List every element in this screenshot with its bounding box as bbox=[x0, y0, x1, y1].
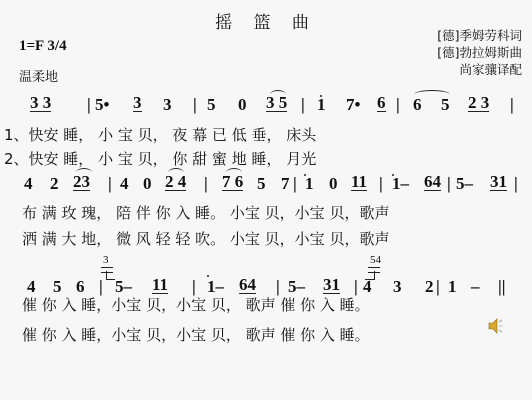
note: 0 bbox=[329, 174, 338, 194]
slur-mark bbox=[414, 90, 450, 99]
grace-stem bbox=[365, 271, 375, 280]
note: 7• bbox=[346, 95, 360, 115]
barline: | bbox=[396, 95, 400, 115]
note: 3 3 bbox=[30, 95, 51, 112]
barline: | bbox=[204, 174, 208, 194]
note: 5 bbox=[207, 95, 216, 115]
key-signature: 1=F 3/4 bbox=[19, 38, 67, 55]
note: 3 bbox=[393, 277, 402, 297]
note: 3 bbox=[163, 95, 172, 115]
verse-1-line-1: 1、快安 睡， 小 宝 贝， 夜 幕 已 低 垂， 床头 bbox=[4, 124, 316, 145]
grace-stem bbox=[106, 271, 115, 280]
barline: | bbox=[379, 174, 383, 194]
note: 0 bbox=[238, 95, 247, 115]
note: 1– bbox=[392, 174, 409, 194]
barline: | bbox=[87, 95, 91, 115]
note: 4 bbox=[120, 174, 129, 194]
barline: | bbox=[510, 95, 514, 115]
composer-credit: [德]勃拉姆斯曲 bbox=[437, 44, 522, 61]
note: 64 bbox=[424, 174, 441, 191]
credits: [德]季姆劳科词 [德]勃拉姆斯曲 尚家骧译配 bbox=[437, 27, 522, 78]
note: 1 bbox=[448, 277, 457, 297]
note: – bbox=[471, 277, 480, 297]
note: 1 bbox=[305, 174, 314, 194]
note: 4 bbox=[24, 174, 33, 194]
note: 3 bbox=[133, 95, 142, 112]
verse-2-line-2: 洒 满 大 地， 微 风 轻 轻 吹。 小宝 贝，小宝 贝，歌声 bbox=[22, 228, 389, 249]
note: 5• bbox=[95, 95, 109, 115]
verse-2-line-1: 2、快安 睡， 小 宝 贝， 你 甜 蜜 地 睡， 月光 bbox=[4, 148, 316, 169]
slur-mark bbox=[168, 168, 184, 177]
note: 7 bbox=[281, 174, 290, 194]
translator-credit: 尚家骧译配 bbox=[437, 61, 522, 78]
high-octave-dot bbox=[304, 174, 306, 176]
note: 2 3 bbox=[468, 95, 489, 112]
barline: | bbox=[301, 95, 305, 115]
high-octave-dot bbox=[320, 95, 322, 97]
grace-note-label: 3 bbox=[103, 254, 109, 266]
note: 5– bbox=[456, 174, 473, 194]
high-octave-dot bbox=[392, 174, 394, 176]
high-octave-dot bbox=[207, 275, 209, 277]
verse-1-line-3: 催 你 入 睡，小宝 贝，小宝 贝， 歌声 催 你 入 睡。 bbox=[22, 294, 370, 315]
note: 64 bbox=[239, 277, 256, 294]
barline: | bbox=[293, 174, 297, 194]
barline: | bbox=[436, 277, 440, 297]
verse-1-line-2: 布 满 玫 瑰， 陪 伴 你 入 睡。 小宝 贝，小宝 贝，歌声 bbox=[22, 202, 389, 223]
grace-note-label: 54 bbox=[370, 254, 381, 266]
note: 31 bbox=[490, 174, 507, 191]
note: 5 bbox=[257, 174, 266, 194]
tempo-marking: 温柔地 bbox=[19, 66, 58, 85]
slur-mark bbox=[76, 168, 92, 177]
note: 11 bbox=[351, 174, 367, 191]
verse-2-line-3: 催 你 入 睡，小宝 贝，小宝 贝， 歌声 催 你 入 睡。 bbox=[22, 324, 370, 345]
barline: | bbox=[447, 174, 451, 194]
lyricist-credit: [德]季姆劳科词 bbox=[437, 27, 522, 44]
barline: | bbox=[193, 95, 197, 115]
slur-mark bbox=[226, 168, 242, 177]
note: 11 bbox=[152, 277, 168, 294]
note: 2 bbox=[425, 277, 434, 297]
barline: || bbox=[498, 277, 506, 297]
barline: | bbox=[514, 174, 518, 194]
note: 6 bbox=[377, 95, 386, 112]
note: 1 bbox=[317, 95, 326, 115]
note: 31 bbox=[323, 277, 340, 294]
slur-mark bbox=[270, 90, 286, 99]
barline: | bbox=[108, 174, 112, 194]
speaker-icon[interactable] bbox=[487, 318, 503, 334]
note: 0 bbox=[143, 174, 152, 194]
note: 2 bbox=[50, 174, 59, 194]
